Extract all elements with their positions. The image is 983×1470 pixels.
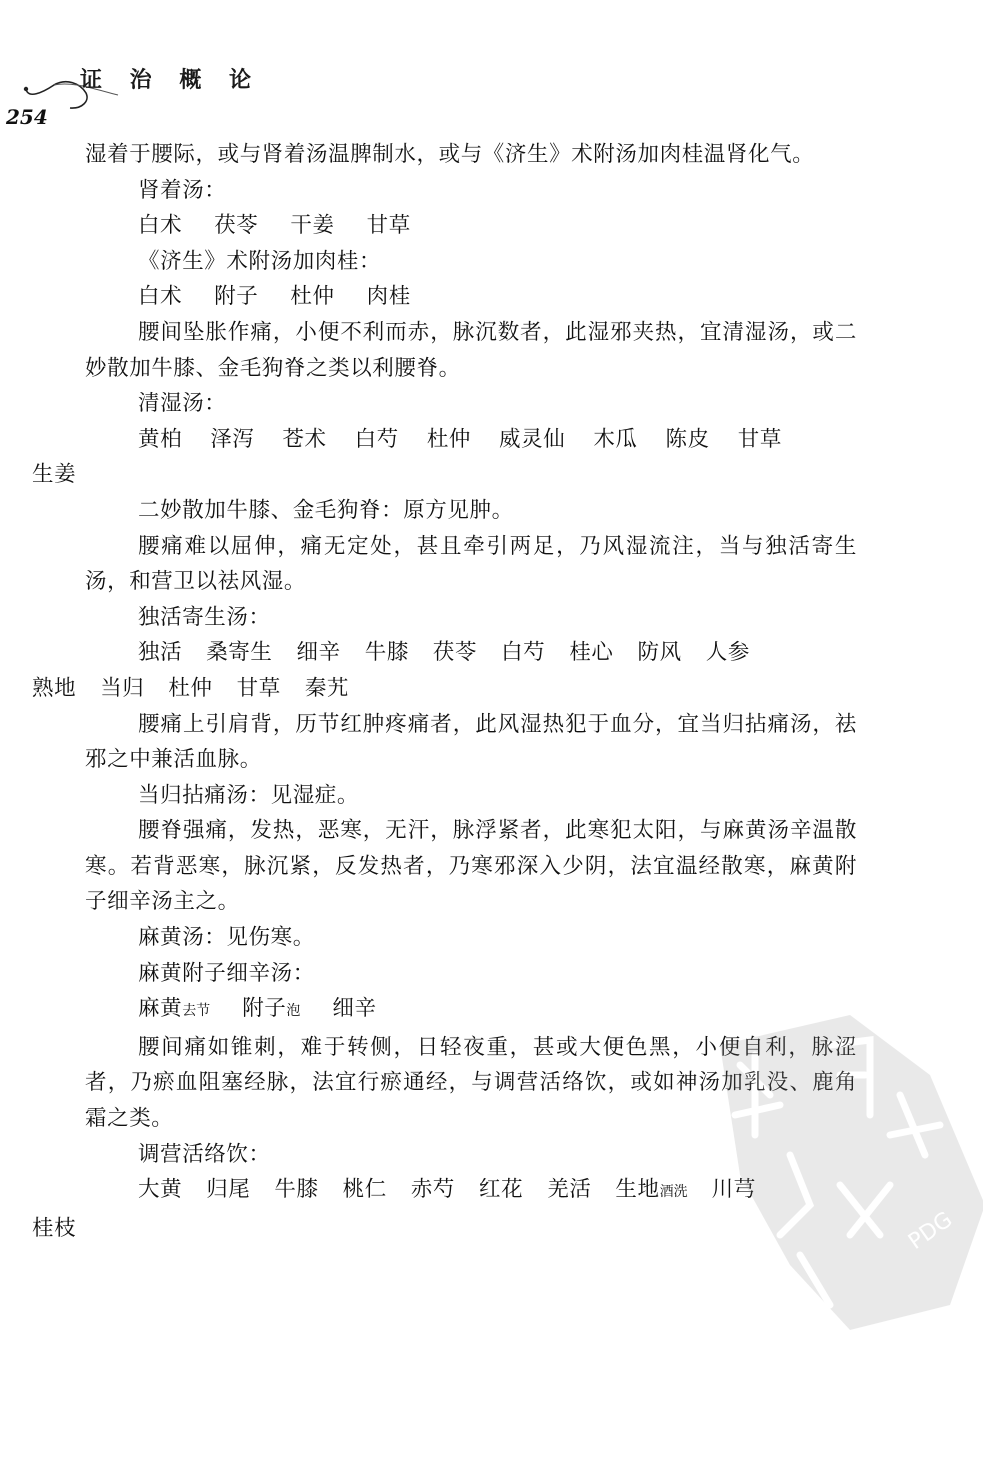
body-text: 湿着于腰际，或与肾着汤温脾制水，或与《济生》术附汤加肉桂温肾化气。 肾着汤： 白… [85,137,857,1246]
herb-item: 肉桂 [367,284,411,309]
herb-item: 牛膝 [274,1177,318,1202]
herb-item: 甘草 [367,213,411,238]
herb-item: 熟地 [32,676,76,701]
formula-title: 《济生》术附汤加肉桂： [85,244,857,280]
herb-item: 白芍 [355,427,399,452]
herb-item: 秦艽 [305,676,349,701]
herb-item: 麻黄去节 [138,996,210,1021]
herb-item: 桑寄生 [206,640,272,665]
herb-item: 杜仲 [168,676,212,701]
herb-item: 人参 [706,640,750,665]
paragraph: 腰脊强痛，发热，恶寒，无汗，脉浮紧者，此寒犯太阳，与麻黄汤辛温散寒。若背恶寒，脉… [85,813,857,920]
paragraph: 腰痛上引肩背，历节红肿疼痛者，此风湿热犯于血分，宜当归拈痛汤，祛邪之中兼活血脉。 [85,707,857,778]
herb-item: 杜仲 [427,427,471,452]
herb-item: 红花 [479,1177,523,1202]
herb-item: 附子 [214,284,258,309]
herb-item: 川芎 [712,1177,756,1202]
herb-list: 黄柏泽泻苍术白芍杜仲威灵仙木瓜陈皮甘草生姜 [85,422,857,493]
herb-preparation-note: 泡 [286,1003,300,1019]
paragraph: 腰痛难以屈伸，痛无定处，甚且牵引两足，乃风湿流注，当与独活寄生汤，和营卫以祛风湿… [85,529,857,600]
herb-item: 当归 [100,676,144,701]
herb-item: 白术 [138,284,182,309]
running-title: 证 治 概 论 [80,63,261,94]
herb-item: 干姜 [290,213,334,238]
herb-preparation-note: 酒洗 [660,1184,688,1200]
herb-item: 泽泻 [210,427,254,452]
herb-list: 独活桑寄生细辛牛膝茯苓白芍桂心防风人参熟地当归杜仲甘草秦艽 [85,635,857,706]
herb-item: 木瓜 [593,427,637,452]
herb-list: 白术茯苓干姜甘草 [85,208,857,244]
paragraph-continuation: 湿着于腰际，或与肾着汤温脾制水，或与《济生》术附汤加肉桂温肾化气。 [85,137,857,173]
herb-item: 茯苓 [214,213,258,238]
herb-item: 桂心 [569,640,613,665]
paragraph: 腰间痛如锥刺，难于转侧，日轻夜重，甚或大便色黑，小便自利，脉涩者，乃瘀血阻塞经脉… [85,1030,857,1137]
herb-item: 大黄 [138,1177,182,1202]
formula-title: 肾着汤： [85,173,857,209]
formula-reference: 麻黄汤：见伤寒。 [85,920,857,956]
herb-list: 大黄归尾牛膝桃仁赤芍红花羌活生地酒洗川芎桂枝 [85,1172,857,1246]
herb-item: 甘草 [738,427,782,452]
formula-reference: 当归拈痛汤：见湿症。 [85,778,857,814]
page-header: 证 治 概 论 254 [0,55,300,135]
herb-item: 归尾 [206,1177,250,1202]
herb-item: 细辛 [297,640,341,665]
herb-list: 麻黄去节附子泡细辛 [85,991,857,1030]
herb-item: 威灵仙 [499,427,565,452]
herb-item: 防风 [638,640,682,665]
formula-title: 麻黄附子细辛汤： [85,956,857,992]
herb-item: 生地酒洗 [615,1177,687,1202]
herb-item: 苍术 [282,427,326,452]
herb-item: 桃仁 [343,1177,387,1202]
herb-item: 杜仲 [290,284,334,309]
formula-reference: 二妙散加牛膝、金毛狗脊：原方见肿。 [85,493,857,529]
herb-item: 独活 [138,640,182,665]
herb-item: 茯苓 [433,640,477,665]
herb-item: 白芍 [501,640,545,665]
herb-item: 附子泡 [242,996,300,1021]
herb-item: 白术 [138,213,182,238]
svg-text:PDG: PDG [904,1207,957,1255]
herb-item: 赤芍 [411,1177,455,1202]
herb-item: 生姜 [32,462,76,487]
page-number: 254 [6,105,48,129]
herb-item: 牛膝 [365,640,409,665]
herb-list: 白术附子杜仲肉桂 [85,279,857,315]
herb-item: 细辛 [332,996,376,1021]
herb-item: 桂枝 [32,1216,76,1241]
herb-preparation-note: 去节 [182,1003,210,1019]
herb-item: 羌活 [547,1177,591,1202]
herb-item: 黄柏 [138,427,182,452]
formula-title: 调营活络饮： [85,1137,857,1173]
formula-title: 清湿汤： [85,386,857,422]
formula-title: 独活寄生汤： [85,600,857,636]
herb-item: 陈皮 [666,427,710,452]
paragraph: 腰间坠胀作痛，小便不利而赤，脉沉数者，此湿邪夹热，宜清湿汤，或二妙散加牛膝、金毛… [85,315,857,386]
herb-item: 甘草 [237,676,281,701]
